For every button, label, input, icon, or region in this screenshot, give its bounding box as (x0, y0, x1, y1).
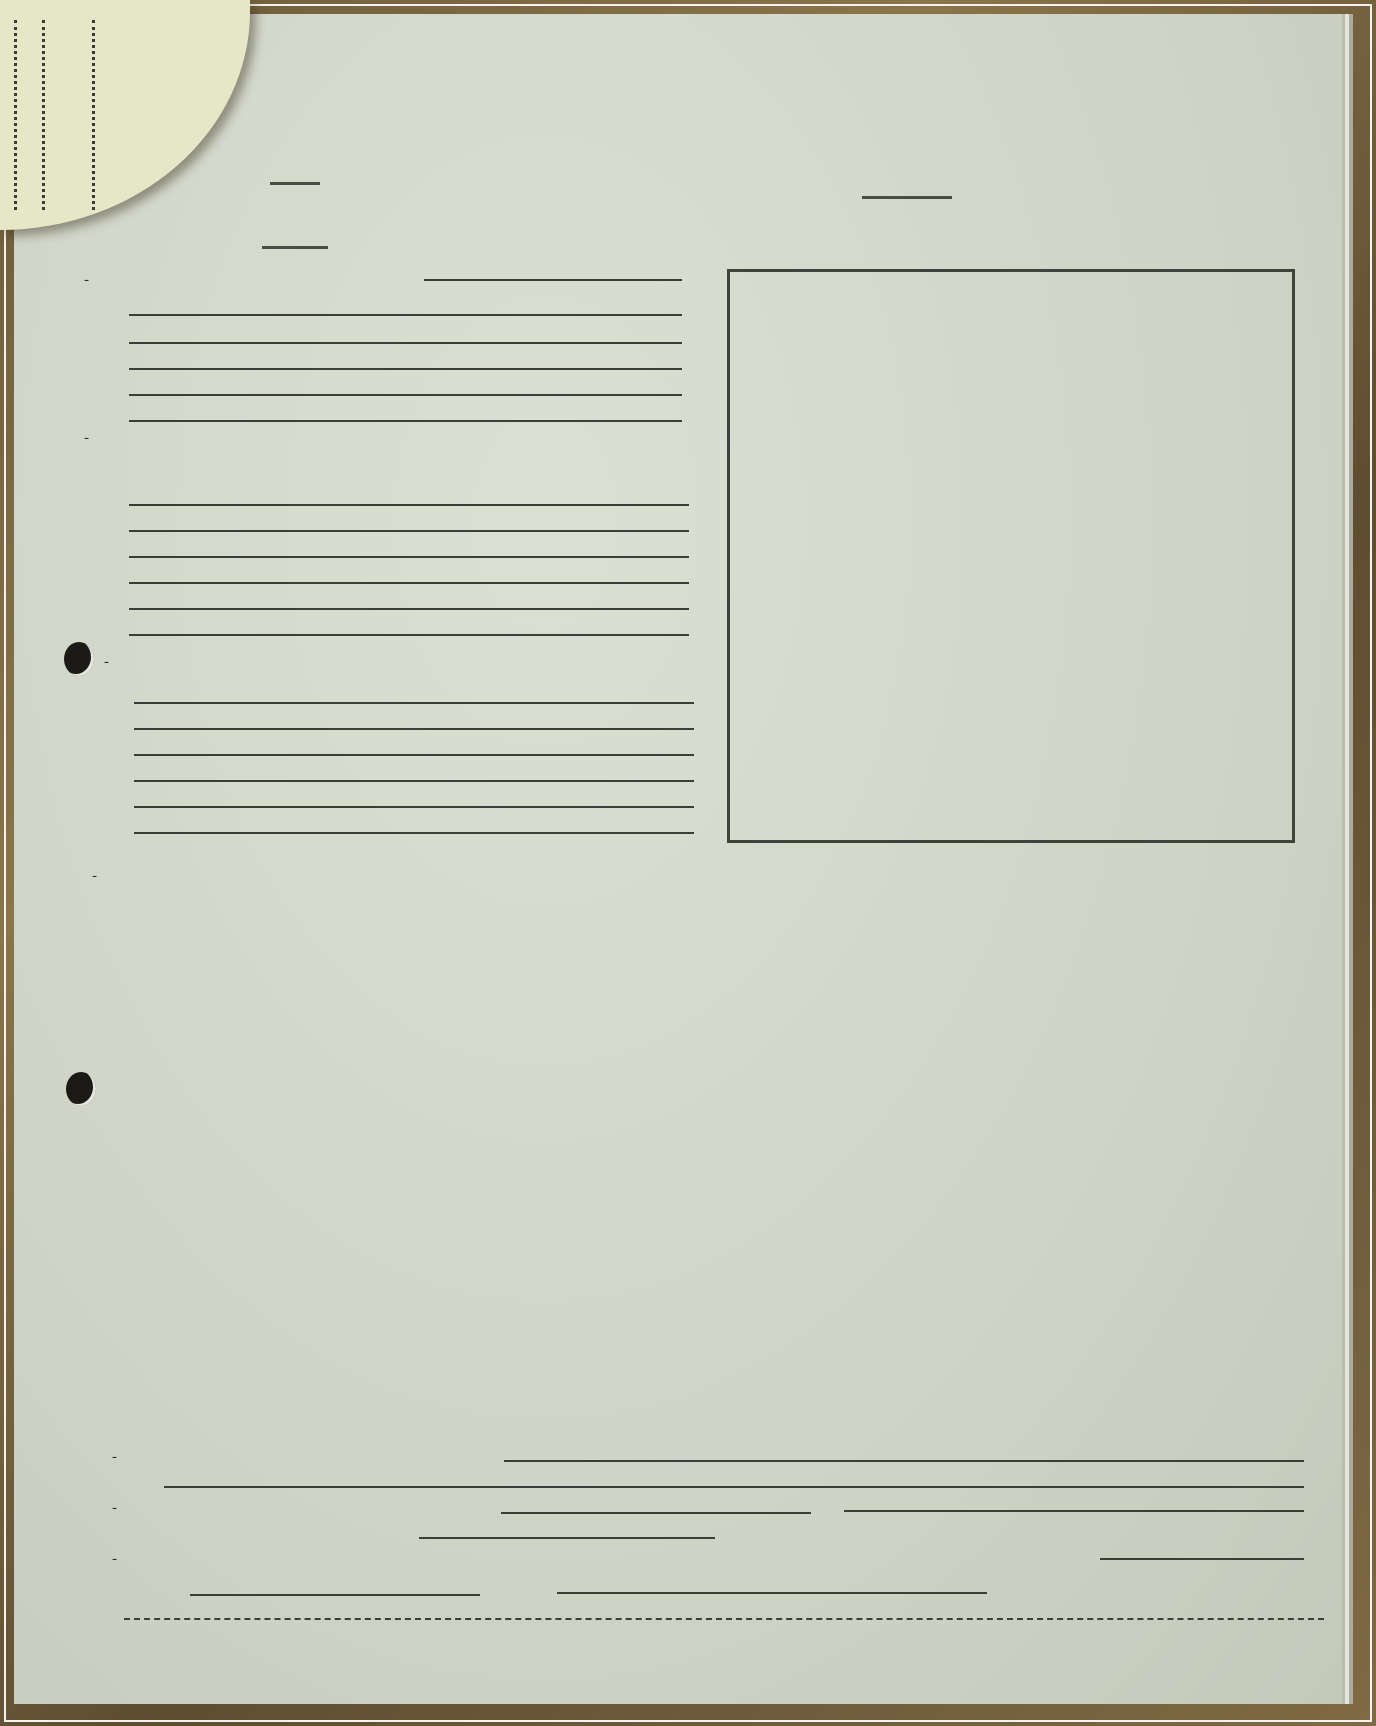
form-line (129, 314, 682, 316)
form-line (129, 608, 689, 610)
dotted-column (14, 20, 17, 210)
form-line (190, 1594, 480, 1596)
title-rule (862, 196, 952, 199)
form-line (557, 1592, 987, 1594)
form-line (164, 1486, 1304, 1488)
form-line (129, 394, 682, 396)
binder-hole (66, 1072, 96, 1106)
produits-label: - (92, 868, 97, 885)
priorite-label: - (112, 1551, 118, 1568)
form-line (424, 279, 682, 281)
form-line (129, 634, 689, 636)
form-line (129, 342, 682, 344)
form-line (134, 832, 694, 834)
dotted-column (92, 20, 95, 210)
classes-label: - (112, 1449, 117, 1466)
mark-model-box (727, 269, 1295, 843)
renouvellement-label: - (112, 1500, 117, 1517)
header-rule-2 (262, 246, 328, 249)
form-line (129, 368, 682, 370)
form-line (129, 556, 689, 558)
form-line (134, 702, 694, 704)
form-line (844, 1510, 1304, 1512)
header-rule (270, 182, 320, 185)
mandataire-label: - (84, 272, 89, 289)
form-line (134, 728, 694, 730)
dotted-column (42, 20, 45, 210)
form-line (504, 1460, 1304, 1462)
footnote-divider (124, 1618, 1324, 1620)
form-line (134, 754, 694, 756)
form-page: - - - - (14, 14, 1345, 1704)
deposant-label: - (84, 430, 89, 447)
form-line (134, 780, 694, 782)
form-line (129, 582, 689, 584)
curl-label (127, 92, 128, 98)
form-line (129, 530, 689, 532)
form-line (129, 420, 682, 422)
binder-hole (64, 642, 94, 676)
form-line (1100, 1558, 1304, 1560)
form-line (134, 806, 694, 808)
form-line (501, 1512, 811, 1514)
form-line (129, 504, 689, 506)
couleurs-label: - (104, 654, 109, 671)
form-line (419, 1537, 715, 1539)
